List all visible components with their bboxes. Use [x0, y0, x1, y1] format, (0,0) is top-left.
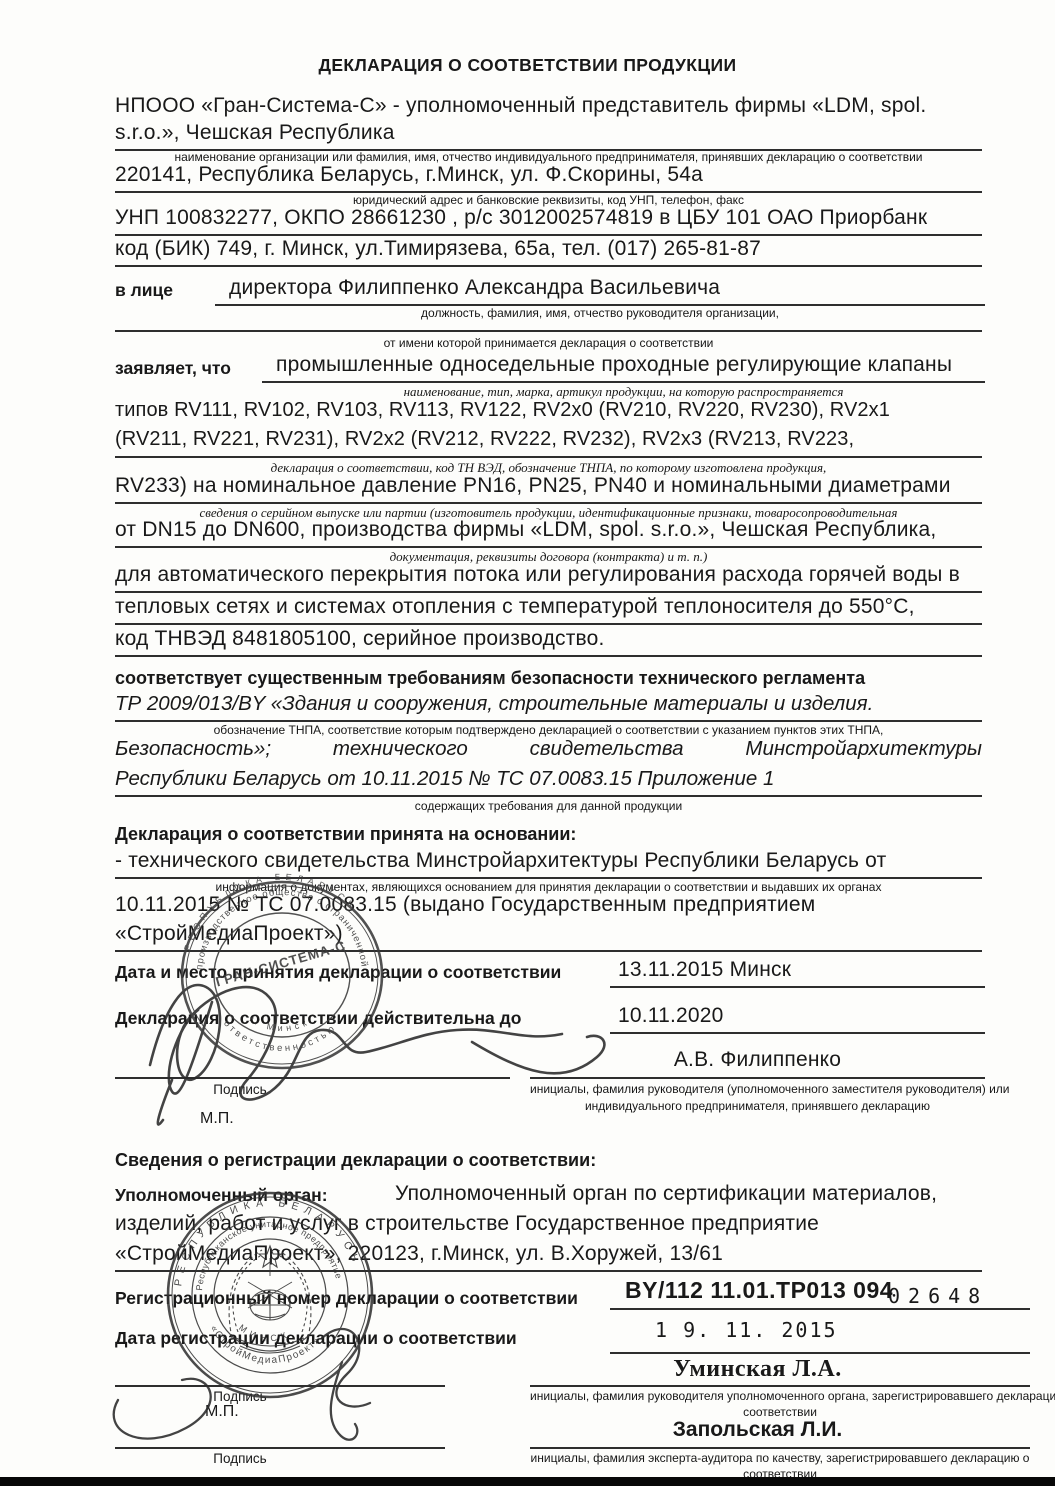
product-line7: тепловых сетях и системах отопления с те… [115, 595, 982, 625]
seal-label-head: М.П. [200, 1110, 234, 1128]
compliance-caption1: обозначение ТНПА, соответствие которым п… [115, 723, 982, 737]
authority-line3: «СтройМедиаПроект», 220123, г.Минск, ул.… [115, 1242, 982, 1272]
document-title: ДЕКЛАРАЦИЯ О СООТВЕТСТВИИ ПРОДУКЦИИ [0, 55, 1055, 76]
basis-caption: информация о документах, являющихся осно… [115, 880, 982, 894]
declarant-name-line1: НПООО «Гран-Система-С» - уполномоченный … [115, 94, 982, 118]
authority-line1: Уполномоченный орган по сертификации мат… [395, 1182, 985, 1206]
compliance-caption2: содержащих требования для данной продукц… [115, 799, 982, 813]
product-line1: промышленные односедельные проходные рег… [262, 353, 985, 383]
signature-line-right [530, 1077, 985, 1079]
compliance-heading: соответствует существенным требованиям б… [115, 668, 865, 689]
declarant-bank-line1: УНП 100832277, ОКПО 28661230 , р/с 30120… [115, 206, 982, 236]
validity-value: 10.11.2020 [610, 1004, 985, 1034]
seal-label-registrar: М.П. [205, 1403, 239, 1421]
declares-label: заявляет, что [115, 358, 231, 379]
product-line8: код ТНВЭД 8481805100, серийное производс… [115, 627, 982, 657]
auditor-sign-line-right [530, 1447, 1030, 1449]
declarant-name-line2: s.r.o.», Чешская Республика [115, 121, 982, 151]
product-line2: типов RV111, RV102, RV103, RV113, RV122,… [115, 399, 1015, 422]
representative-caption1: должность, фамилия, имя, отчество руково… [215, 306, 985, 320]
sign-label-auditor: Подпись [170, 1451, 310, 1466]
registrar-caption2: соответствии [530, 1405, 1030, 1419]
compliance-line2: Безопасность»; технического свидетельств… [115, 737, 982, 761]
sign-label-head: Подпись [170, 1082, 310, 1097]
declarant-address-caption: юридический адрес и банковские реквизиты… [115, 193, 982, 207]
product-line5: от DN15 до DN600, производства фирмы «LD… [115, 518, 982, 548]
reg-number-stamp-digits: 02648 [888, 1284, 988, 1308]
scan-edge-bar [0, 1477, 1055, 1486]
registrar-name: Уминская Л.А. [530, 1356, 985, 1383]
auditor-name: Запольская Л.И. [530, 1418, 985, 1442]
reg-date-line [610, 1352, 1030, 1354]
compliance-line2-c: свидетельства [530, 737, 684, 761]
registrar-caption1: инициалы, фамилия руководителя уполномоч… [530, 1389, 1030, 1403]
reg-number-value: BY/112 11.01.ТР013 094 [625, 1277, 893, 1304]
product-line4: RV233) на номинальное давление PN16, PN2… [115, 474, 982, 504]
basis-line1: - технического свидетельства Минстройарх… [115, 849, 982, 879]
authority-line2: изделий, работ и услуг в строительстве Г… [115, 1212, 982, 1236]
representative-caption2: от имени которой принимается декларация … [115, 336, 982, 350]
compliance-line2-b: технического [333, 737, 468, 761]
signature-line-left [115, 1077, 510, 1079]
registration-heading: Сведения о регистрации декларации о соот… [115, 1150, 596, 1171]
reg-date-stamp: 1 9. 11. 2015 [655, 1318, 838, 1342]
compliance-line1: ТР 2009/013/BY «Здания и сооружения, стр… [115, 692, 982, 722]
adoption-date-label: Дата и место принятия декларации о соотв… [115, 962, 561, 983]
registrar-sign-line-right [530, 1385, 1030, 1387]
product-caption1: наименование, тип, марка, артикул продук… [262, 384, 985, 400]
compliance-line3: Республики Беларусь от 10.11.2015 № ТС 0… [115, 767, 982, 797]
auditor-sign-line-left [115, 1447, 445, 1449]
authority-label: Уполномоченный орган: [115, 1185, 328, 1206]
product-line6: для автоматического перекрытия потока ил… [115, 563, 982, 593]
compliance-line2-d: Минстройархитектуры [745, 737, 982, 761]
basis-line3: «СтройМедиаПроект») [115, 922, 982, 952]
reg-number-label: Регистрационный номер декларации о соотв… [115, 1288, 578, 1309]
representative-label: в лице [115, 280, 173, 301]
divider-line [115, 330, 982, 332]
reg-date-label: Дата регистрации декларации о соответств… [115, 1328, 517, 1349]
validity-label: Декларация о соответствии действительна … [115, 1008, 521, 1029]
scanned-declaration-document: ДЕКЛАРАЦИЯ О СООТВЕТСТВИИ ПРОДУКЦИИ НПОО… [0, 0, 1055, 1486]
auditor-caption1: инициалы, фамилия эксперта-аудитора по к… [530, 1451, 1030, 1465]
reg-number-line [610, 1308, 1030, 1310]
head-caption1: инициалы, фамилия руководителя (уполномо… [530, 1082, 985, 1096]
sign-label-registrar: Подпись [170, 1389, 310, 1404]
head-name: А.В. Филиппенко [530, 1048, 985, 1072]
head-caption2: индивидуального предпринимателя, принявш… [530, 1099, 985, 1113]
declarant-name-caption: наименование организации или фамилия, им… [115, 150, 982, 164]
compliance-line2-a: Безопасность»; [115, 737, 271, 761]
adoption-date-value: 13.11.2015 Минск [610, 958, 985, 988]
basis-line2: 10.11.2015 № ТС 07.0083.15 (выдано Госуд… [115, 893, 982, 917]
basis-heading: Декларация о соответствии принята на осн… [115, 824, 576, 845]
representative-value: директора Филиппенко Александра Васильев… [215, 276, 985, 306]
product-line3: (RV211, RV221, RV231), RV2x2 (RV212, RV2… [115, 428, 982, 458]
declarant-address: 220141, Республика Беларусь, г.Минск, ул… [115, 163, 982, 193]
declarant-bank-line2: код (БИК) 749, г. Минск, ул.Тимирязева, … [115, 237, 982, 267]
registrar-sign-line-left [115, 1385, 445, 1387]
